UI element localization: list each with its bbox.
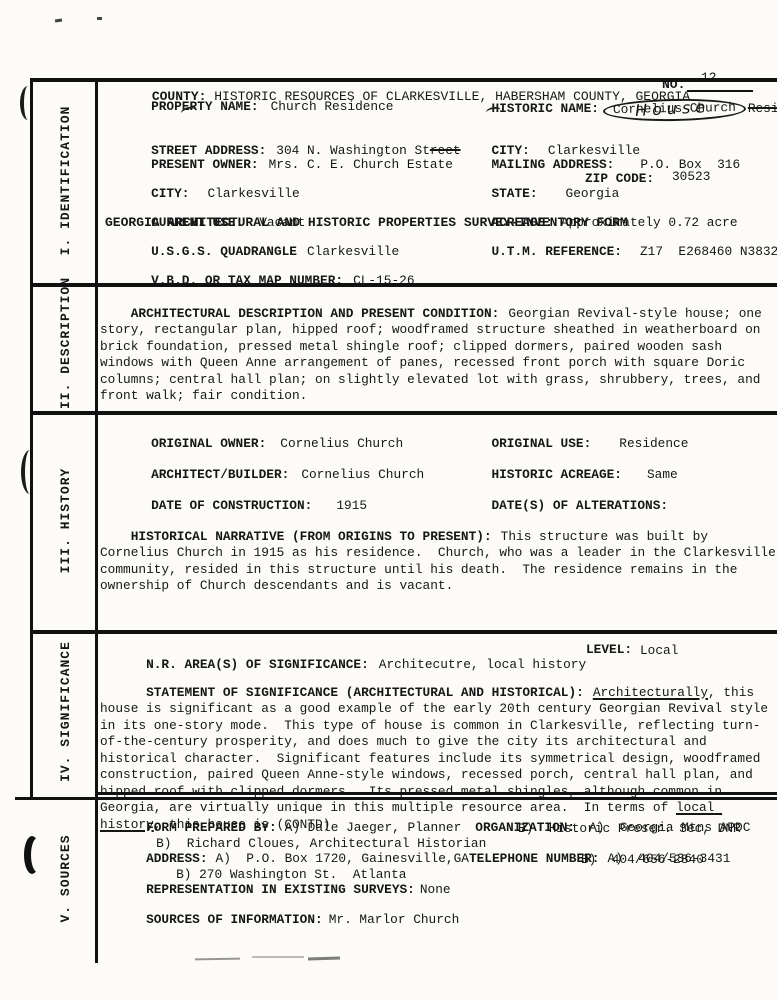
- zip-code-label: ZIP CODE:: [585, 171, 654, 186]
- field-row: DATE OF CONSTRUCTION:1915 DATE(S) OF ALT…: [105, 483, 777, 514]
- field-row: V.B.D. OR TAX MAP NUMBER:CL-15-26: [105, 258, 777, 287]
- field-row: B) Richard Cloues, Architectural Histori…: [100, 821, 776, 837]
- sidebar-item-description: II. DESCRIPTION: [58, 283, 73, 409]
- scan-smudge: [252, 956, 304, 958]
- architectural-description-label: ARCHITECTURAL DESCRIPTION AND PRESENT CO…: [131, 306, 500, 321]
- nr-areas-label: N.R. AREA(S) OF SIGNIFICANCE:: [146, 657, 369, 672]
- pen-dash-mark: [97, 17, 102, 20]
- property-name-label: PROPERTY NAME:: [151, 99, 259, 114]
- zip-code-value: 30523: [672, 169, 710, 184]
- border-top: [30, 78, 777, 82]
- sidebar-divider: [95, 78, 98, 963]
- quadrangle-label: U.S.G.S. QUADRANGLE: [151, 244, 297, 259]
- historic-acreage-label: HISTORIC ACREAGE:: [491, 467, 622, 482]
- present-owner-label: PRESENT OWNER:: [151, 157, 259, 172]
- alterations-date-label: DATE(S) OF ALTERATIONS:: [491, 498, 668, 513]
- field-row: B) 270 Washington St. AtlantaB) 404/656-…: [100, 852, 776, 868]
- ink-blot-mark: [20, 86, 36, 120]
- tax-map-label: V.B.D. OR TAX MAP NUMBER:: [151, 273, 343, 288]
- pen-dash-mark: [55, 19, 62, 23]
- check-mark: [485, 106, 501, 117]
- scan-smudge: [195, 958, 240, 961]
- level-label: LEVEL:: [586, 642, 632, 657]
- field-row: U.S.G.S. QUADRANGLEClarkesville U.T.M. R…: [105, 229, 777, 258]
- statement-underlined-1: Architecturally: [593, 685, 708, 700]
- field-row: ORIGINAL OWNER:Cornelius Church ORIGINAL…: [105, 421, 777, 452]
- field-row: N.R. AREA(S) OF SIGNIFICANCE:Architecutr…: [100, 642, 776, 664]
- scan-smudge: [308, 956, 340, 960]
- survey-form-scan: COUNTY: HISTORIC RESOURCES OF CLARKESVIL…: [0, 0, 777, 1000]
- state-value: Georgia: [566, 186, 620, 201]
- present-owner-value: Mrs. C. E. Church Estate: [269, 157, 453, 172]
- original-owner-value: Cornelius Church: [280, 436, 403, 451]
- current-use-label: CURRENT USE:: [151, 215, 243, 230]
- original-owner-label: ORIGINAL OWNER:: [151, 436, 266, 451]
- telephone-b: B) 404/656-2840: [581, 852, 704, 867]
- state-label: STATE:: [491, 186, 537, 201]
- current-use-value: Vacant: [259, 215, 305, 230]
- original-use-value: Residence: [619, 436, 688, 451]
- field-row: SOURCES OF INFORMATION:Mr. Marlor Church: [100, 897, 776, 913]
- sidebar-item-significance: IV. SIGNIFICANCE: [58, 632, 73, 791]
- ink-blot-mark: [21, 450, 39, 494]
- acreage-label: ACREAGE:: [491, 215, 552, 230]
- section-identification: PROPERTY NAME:Church Residence HISTORIC …: [105, 84, 777, 287]
- sidebar-item-identification: I. IDENTIFICATION: [58, 80, 73, 281]
- field-row: ARCHITECT/BUILDER:Cornelius Church HISTO…: [105, 452, 777, 483]
- representation-label: REPRESENTATION IN EXISTING SURVEYS:: [146, 882, 415, 897]
- sources-of-information-label: SOURCES OF INFORMATION:: [146, 912, 323, 927]
- field-row: STREET ADDRESS:304 N. Washington Street …: [105, 113, 777, 142]
- original-use-label: ORIGINAL USE:: [491, 436, 591, 451]
- construction-date-value: 1915: [336, 498, 367, 513]
- construction-date-label: DATE OF CONSTRUCTION:: [151, 498, 312, 513]
- section-sources: FORM PREPARED BY:A) Dale Jaeger, Planner…: [100, 805, 776, 912]
- city2-value: Clarkesville: [207, 186, 299, 201]
- organization-b: B) Historic Preser. Sec, DNR: [518, 821, 741, 836]
- representation-value: None: [420, 882, 451, 897]
- historic-acreage-value: Same: [647, 467, 678, 482]
- field-row: CITY:Clarkesville STATE:Georgia ZIP CODE…: [105, 171, 777, 200]
- ink-blot-mark: [24, 836, 42, 874]
- section-history: ORIGINAL OWNER:Cornelius Church ORIGINAL…: [105, 421, 777, 514]
- acreage-value: Approximately 0.72 acre: [561, 215, 738, 230]
- field-row: CURRENT USE:Vacant ACREAGE:Approximately…: [105, 200, 777, 229]
- architect-builder-label: ARCHITECT/BUILDER:: [151, 467, 289, 482]
- section-description: ARCHITECTURAL DESCRIPTION AND PRESENT CO…: [100, 289, 776, 421]
- historical-narrative-label: HISTORICAL NARRATIVE (FROM ORIGINS TO PR…: [131, 529, 492, 544]
- border-left: [30, 78, 33, 799]
- field-row: ADDRESS:A) P.O. Box 1720, Gainesville,GA…: [100, 836, 776, 852]
- quadrangle-value: Clarkesville: [307, 244, 399, 259]
- mailing-address-label: MAILING ADDRESS:: [491, 157, 614, 172]
- sources-of-information-value: Mr. Marlor Church: [329, 912, 460, 927]
- statement-text-1: , this house is significant as a good ex…: [100, 685, 776, 816]
- statement-label: STATEMENT OF SIGNIFICANCE (ARCHITECTURAL…: [146, 685, 584, 700]
- historical-narrative: HISTORICAL NARRATIVE (FROM ORIGINS TO PR…: [100, 512, 776, 611]
- level-value: Local: [640, 643, 678, 658]
- architect-builder-value: Cornelius Church: [301, 467, 424, 482]
- sidebar-item-history: III. HISTORY: [58, 412, 73, 629]
- field-row: REPRESENTATION IN EXISTING SURVEYS:None: [100, 867, 776, 883]
- tax-map-value: CL-15-26: [353, 273, 414, 288]
- sidebar-item-sources: V. SOURCES: [58, 798, 73, 959]
- field-row: FORM PREPARED BY:A) Dale Jaeger, Planner…: [100, 805, 776, 821]
- city2-label: CITY:: [151, 186, 189, 201]
- divider-iii-iv: [30, 630, 777, 634]
- property-name-value: Church Residence: [271, 99, 394, 114]
- utm-reference-value: Z17 E268460 N3832990: [640, 244, 777, 259]
- field-row: PROPERTY NAME:Church Residence HISTORIC …: [105, 84, 777, 113]
- utm-reference-label: U.T.M. REFERENCE:: [491, 244, 622, 259]
- field-row: PRESENT OWNER:Mrs. C. E. Church Estate M…: [105, 142, 777, 171]
- nr-areas-value: Architecutre, local history: [379, 657, 586, 672]
